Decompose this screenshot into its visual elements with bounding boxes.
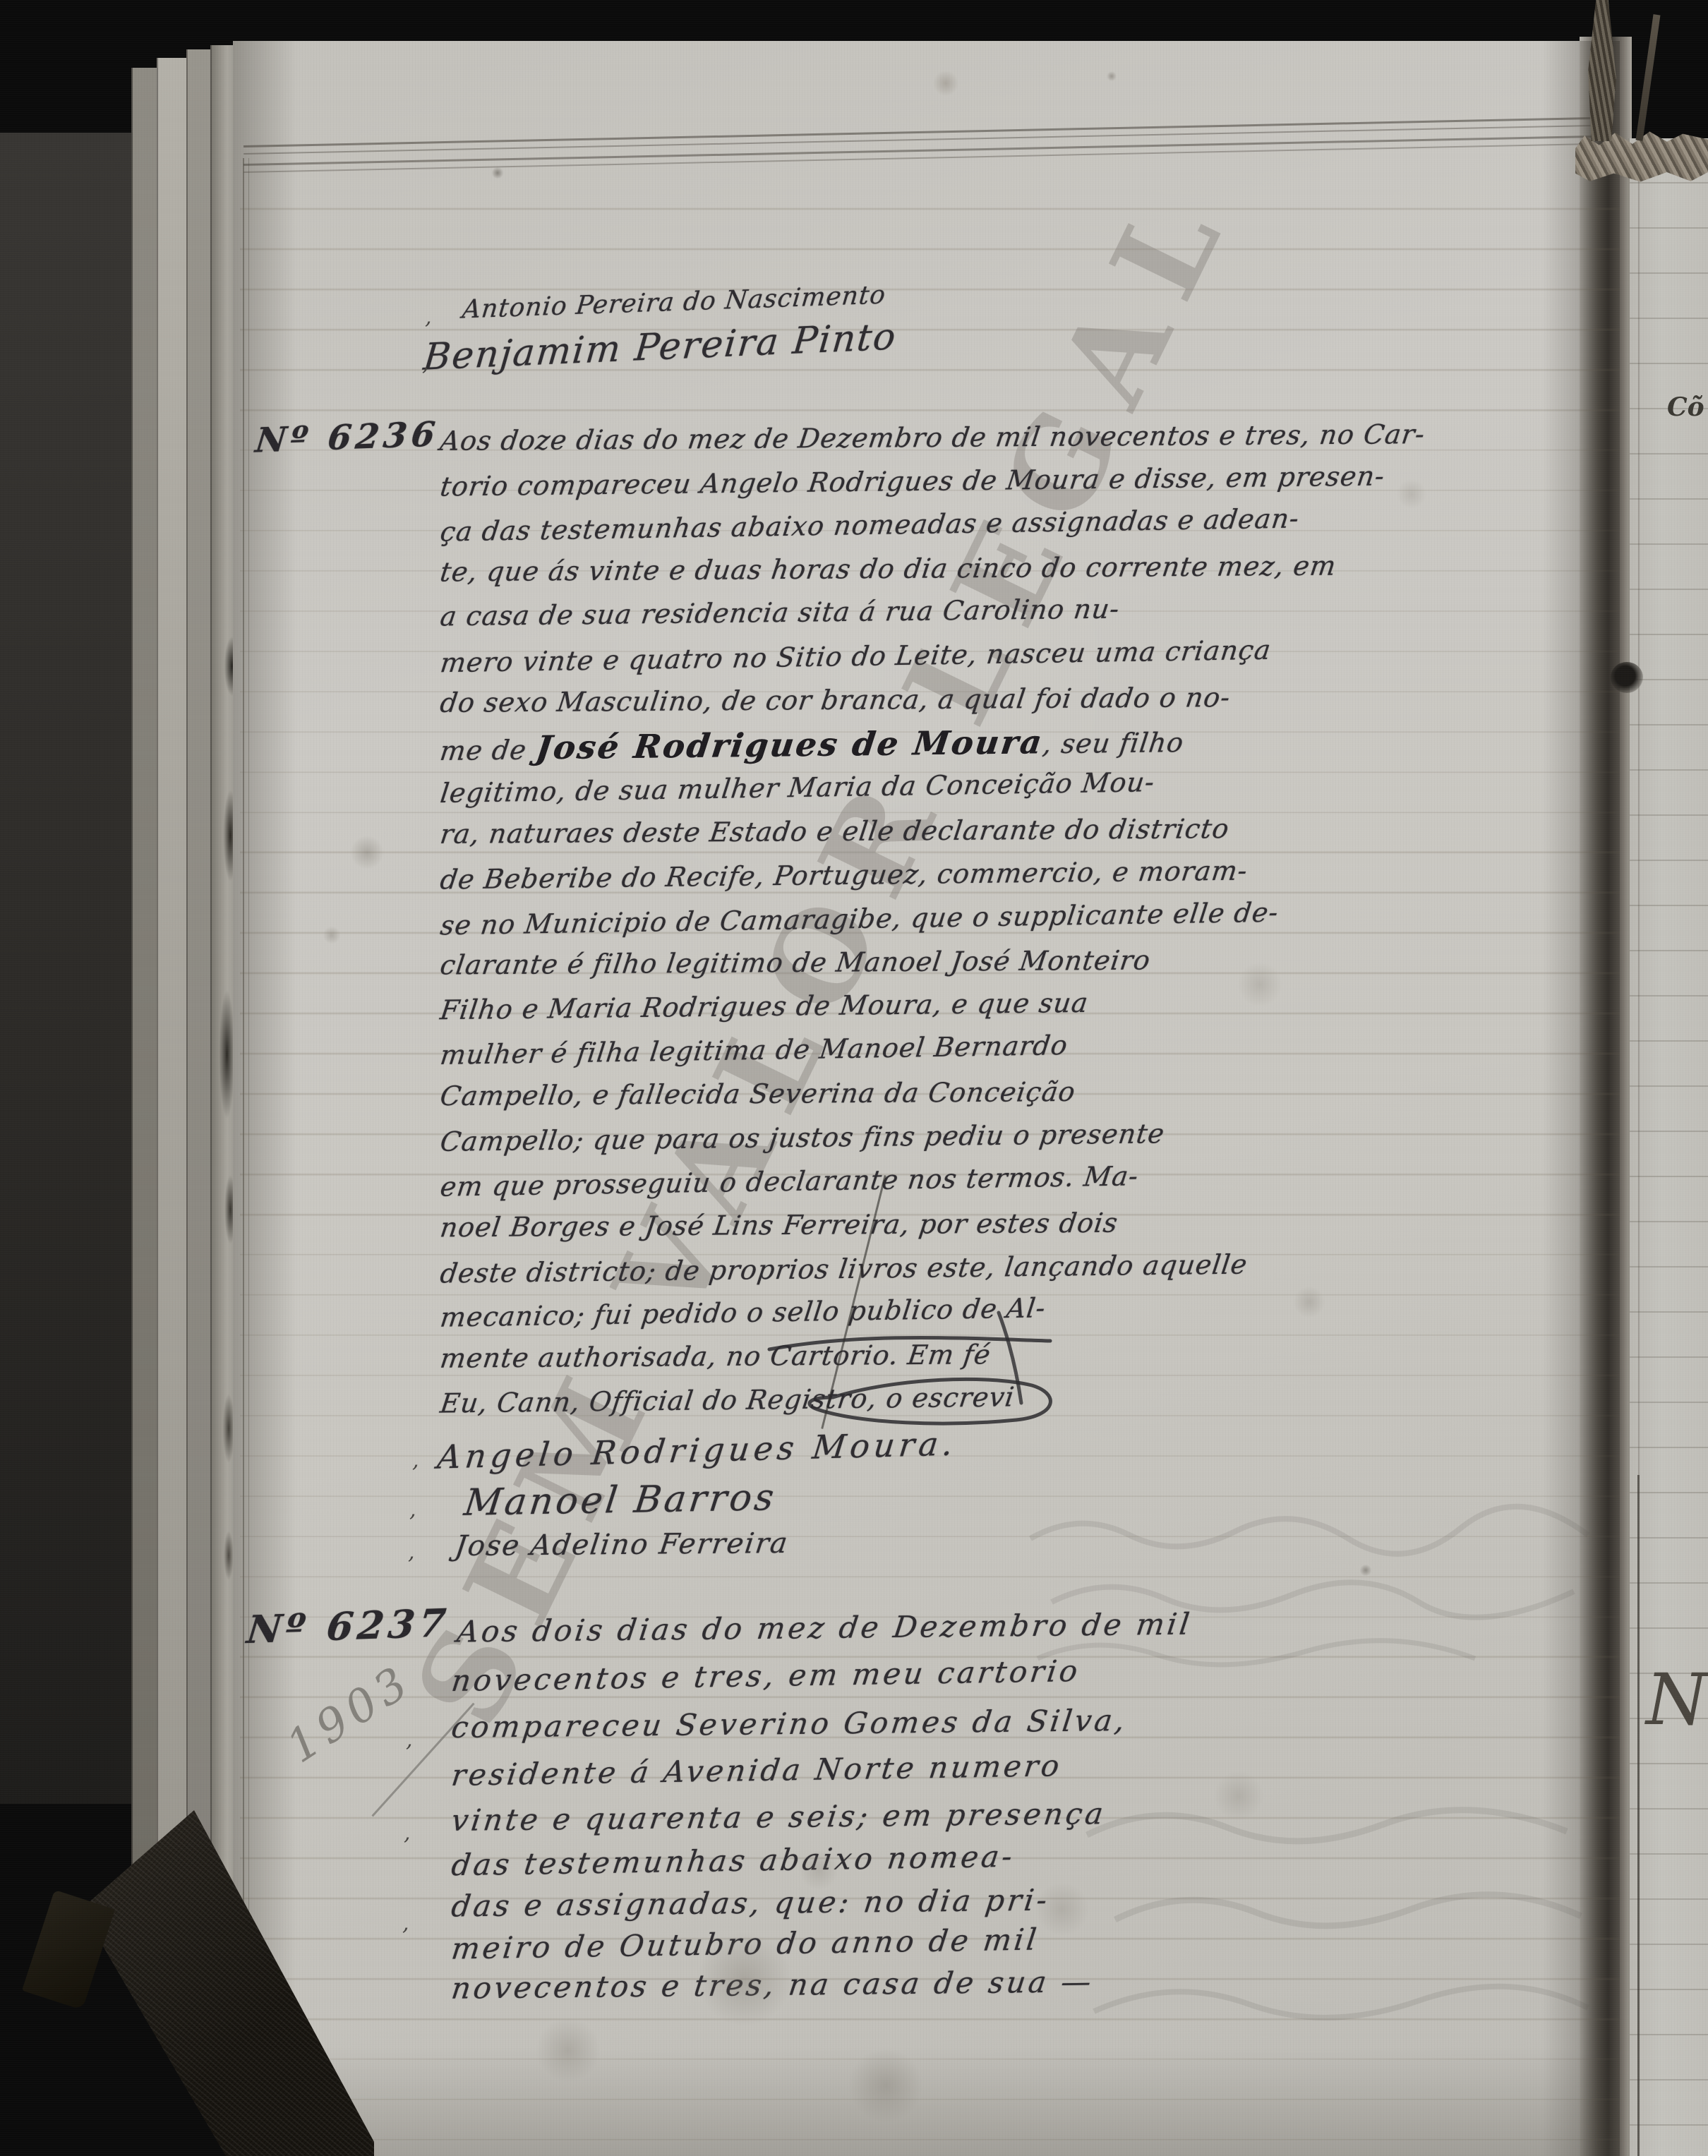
pen-flourish [593, 1291, 1087, 1454]
margin-tick: , [412, 1448, 419, 1473]
facing-page-margin-rule [1638, 138, 1640, 1479]
record-line: Campello, e fallecida Severina da Concei… [438, 1076, 1078, 1112]
record-line: das e assignadas, que: no dia pri- [450, 1883, 1052, 1924]
margin-tick: , [408, 1540, 415, 1565]
dark-backdrop-left [0, 133, 131, 1804]
record-line: novecentos e tres, na casa de sua — [450, 1964, 1096, 2006]
margin-tick: , [404, 1821, 411, 1845]
record-line: vinte e quarenta e seis; em presença [450, 1796, 1108, 1838]
margin-tick: , [402, 1911, 409, 1936]
left-margin-rule [248, 158, 249, 2155]
bleed-through-writing [1073, 1778, 1609, 2075]
record-line-text: me de [438, 734, 538, 766]
signature: Jose Adelino Ferreira [453, 1527, 790, 1562]
record-line: te, que ás vinte e duas horas do dia cin… [438, 550, 1338, 588]
margin-tick: , [409, 1498, 416, 1522]
record-line-text: , seu filho [1041, 727, 1186, 759]
record-line: noel Borges e José Lins Ferreira, por es… [438, 1208, 1120, 1243]
margin-tick: , [406, 1728, 413, 1752]
margin-tick: , [422, 351, 429, 376]
binding-thread [1636, 14, 1661, 141]
signature: Manoel Barros [462, 1476, 778, 1524]
bleed-through-writing [1023, 1496, 1616, 1680]
record-line: ra, naturaes deste Estado e elle declara… [438, 813, 1231, 850]
facing-page-text-fragment: Cõ [1667, 392, 1704, 422]
record-line: do sexo Masculino, de cor branca, a qual… [438, 682, 1232, 718]
leather-cover-corner [22, 1890, 115, 2010]
record-line: clarante é filho legitimo de Manoel José… [438, 944, 1153, 980]
page-stack-edge [131, 68, 157, 1924]
facing-page-capital-fragment: N [1646, 1658, 1708, 1741]
facing-page-edge [1628, 138, 1708, 2156]
registered-child-name: José Rodrigues de Moura [534, 723, 1046, 766]
scanned-registry-photo: SEM VALOR LEGAL Antonio Pereira do Nasci… [0, 0, 1708, 2156]
margin-tick: , [425, 305, 432, 330]
page-stack-edge [186, 49, 212, 1969]
left-margin-rule [243, 158, 244, 2155]
page-stack-edge [157, 58, 186, 1956]
record-line: compareceu Severino Gomes da Silva, [450, 1703, 1129, 1745]
facing-page-margin-rule [1637, 1475, 1640, 2156]
record-number-6236: Nº 6236 [253, 414, 441, 460]
binding-cord [1587, 0, 1618, 141]
record-number-6237: Nº 6237 [245, 1600, 452, 1652]
